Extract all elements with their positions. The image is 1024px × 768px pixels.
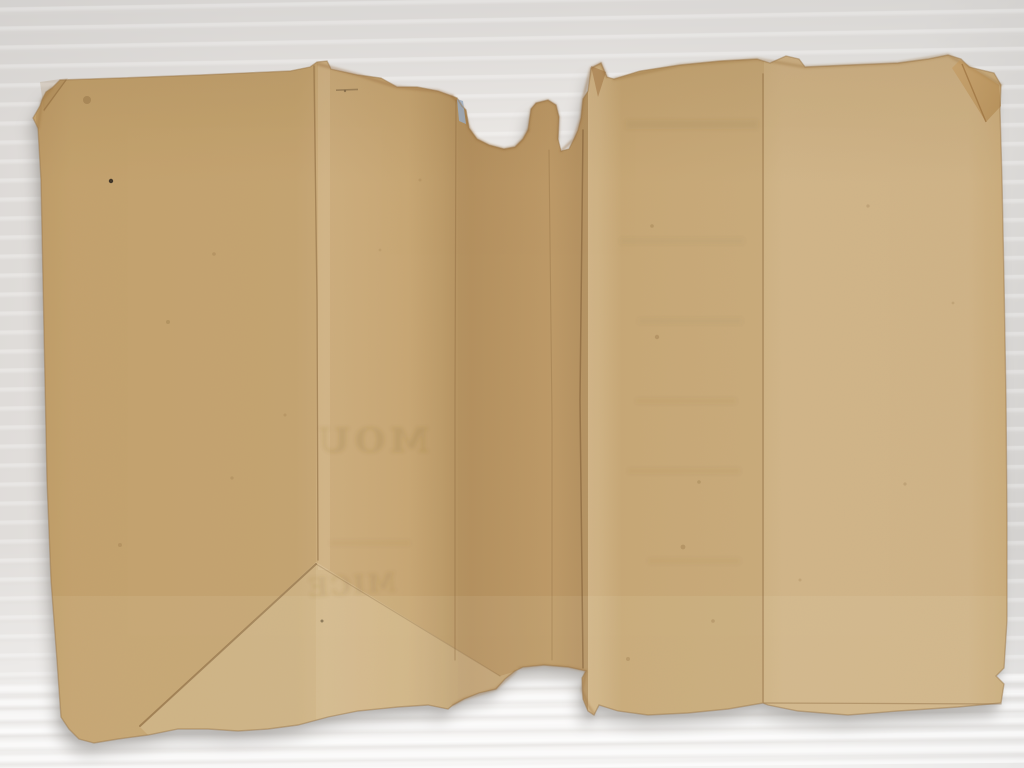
black-speck bbox=[109, 179, 113, 183]
paper-shading bbox=[30, 50, 1015, 750]
book-jacket-photo: MOU MICE bbox=[0, 0, 1024, 768]
photo-frame: MOU MICE bbox=[0, 0, 1024, 768]
ghost-text-left-lower: MICE bbox=[306, 568, 397, 604]
ghost-text-left-upper: MOU bbox=[315, 421, 429, 461]
